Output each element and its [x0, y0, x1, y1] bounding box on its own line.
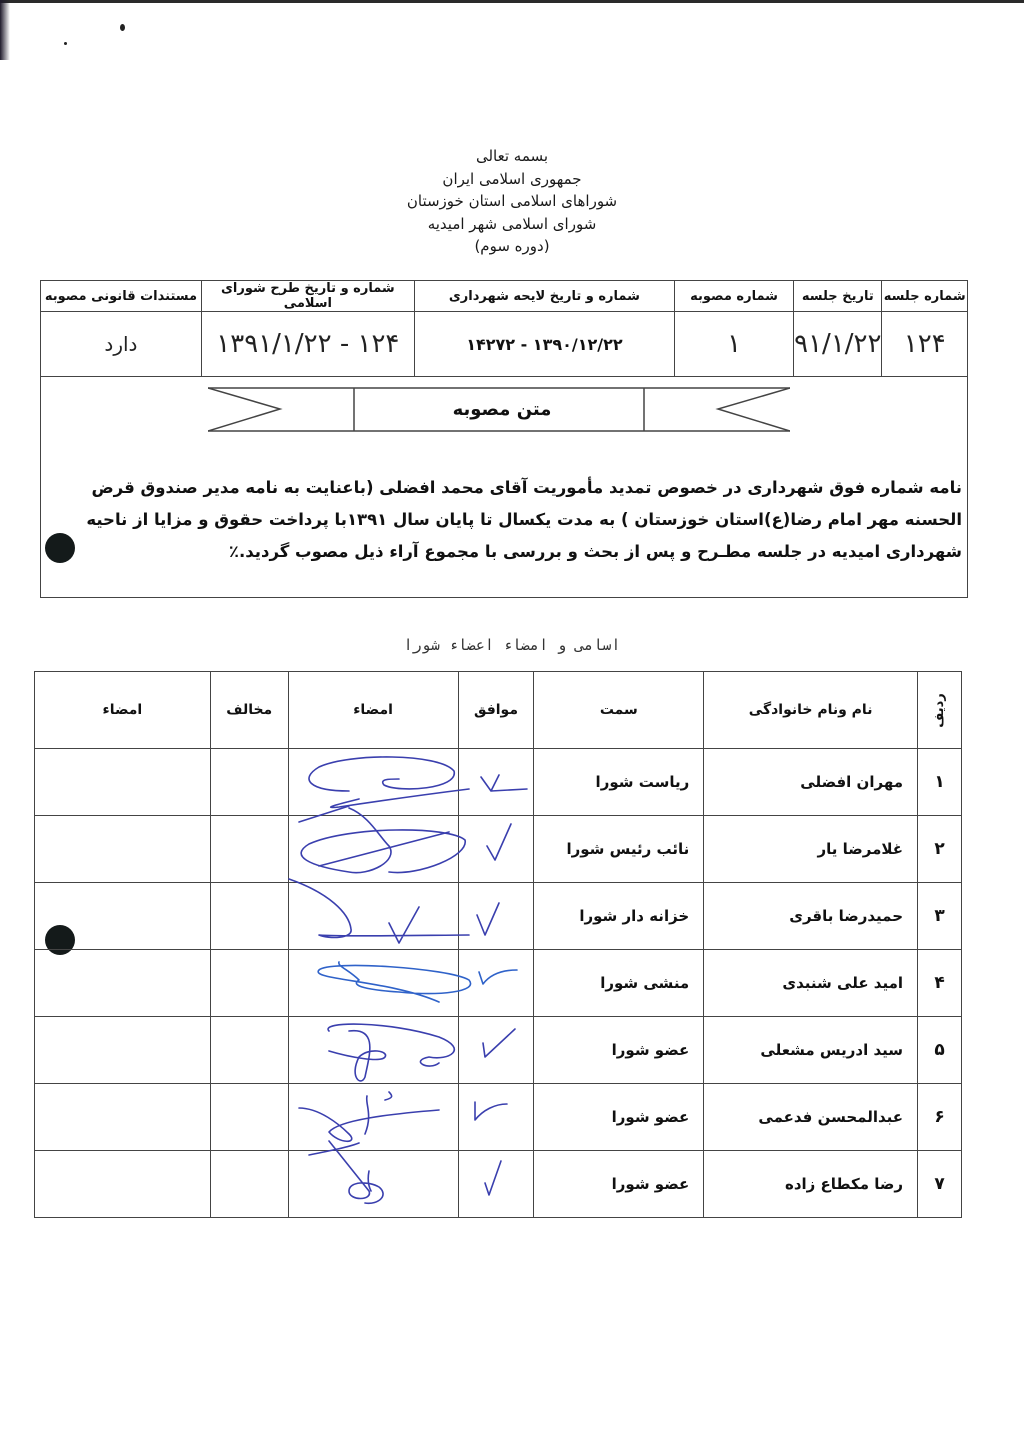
checkmark-icon [459, 1151, 535, 1217]
header-session-number: شماره جلسه [882, 281, 968, 312]
checkmark-icon [459, 1084, 535, 1150]
oppose-cell [210, 950, 288, 1017]
member-row: ۱ مهران افضلی ریاست شورا [35, 749, 962, 816]
member-role: ریاست شورا [534, 749, 704, 816]
checkmark-icon [459, 1017, 535, 1083]
agree-cell [458, 1151, 534, 1218]
header-legal-documents: مستندات قانونی مصوبه [41, 281, 202, 312]
member-role: عضو شورا [534, 1151, 704, 1218]
value-municipal-bill: ۱۳۹۰/۱۲/۲۲ - ۱۴۲۷۲ [414, 312, 674, 377]
value-resolution-number: ۱ [674, 312, 793, 377]
oppose-signature-cell [35, 1084, 211, 1151]
agree-cell [458, 883, 534, 950]
oppose-signature-cell [35, 1017, 211, 1084]
agree-cell [458, 1017, 534, 1084]
header-name: نام ونام خانوادگی [704, 672, 918, 749]
header-municipal-bill: شماره و تاریخ لایحه شهرداری [414, 281, 674, 312]
header-oppose-signature: امضاء [35, 672, 211, 749]
header-agree: موافق [458, 672, 534, 749]
signature-icon [289, 749, 459, 815]
member-number: ۲ [918, 816, 962, 883]
value-session-number: ۱۲۴ [882, 312, 968, 377]
oppose-cell [210, 1151, 288, 1218]
agree-signature-cell [288, 950, 458, 1017]
letterhead-line-term: (دوره سوم) [0, 235, 1024, 258]
value-session-date: ۹۱/۱/۲۲ [794, 312, 882, 377]
checkmark-icon [459, 883, 535, 949]
signature-icon [289, 816, 459, 882]
agree-signature-cell [288, 749, 458, 816]
agree-cell [458, 950, 534, 1017]
header-resolution-number: شماره مصوبه [674, 281, 793, 312]
member-name: حمیدرضا باقری [704, 883, 918, 950]
oppose-signature-cell [35, 950, 211, 1017]
header-agree-signature: امضاء [288, 672, 458, 749]
oppose-cell [210, 1084, 288, 1151]
signature-icon [289, 883, 459, 949]
resolution-banner: متن مصوبه [208, 387, 790, 432]
header-row-number: ردیف [918, 672, 962, 749]
member-role: عضو شورا [534, 1017, 704, 1084]
member-name: مهران افضلی [704, 749, 918, 816]
oppose-cell [210, 816, 288, 883]
member-name: عبدالمحسن فدعمی [704, 1084, 918, 1151]
agree-signature-cell [288, 816, 458, 883]
members-table: ردیف نام ونام خانوادگی سمت موافق امضاء م… [34, 671, 962, 1218]
member-name: رضا مکطاع زاده [704, 1151, 918, 1218]
member-number: ۴ [918, 950, 962, 1017]
member-number: ۳ [918, 883, 962, 950]
header-council-plan: شماره و تاریخ طرح شورای اسلامی [201, 281, 414, 312]
agree-cell [458, 749, 534, 816]
signature-icon [289, 1017, 459, 1083]
oppose-signature-cell [35, 1151, 211, 1218]
letterhead-line-republic: جمهوری اسلامی ایران [0, 168, 1024, 191]
letterhead-line-city-council: شورای اسلامی شهر امیدیه [0, 213, 1024, 236]
scan-edge-left [0, 0, 10, 60]
member-role: عضو شورا [534, 1084, 704, 1151]
members-header-row: ردیف نام ونام خانوادگی سمت موافق امضاء م… [35, 672, 962, 749]
oppose-signature-cell [35, 816, 211, 883]
agree-cell [458, 816, 534, 883]
member-number: ۵ [918, 1017, 962, 1084]
member-name: غلامرضا یار [704, 816, 918, 883]
scan-edge-top [0, 0, 1024, 3]
header-session-date: تاریخ جلسه [794, 281, 882, 312]
header-role: سمت [534, 672, 704, 749]
oppose-signature-cell [35, 749, 211, 816]
agree-signature-cell [288, 883, 458, 950]
checkmark-icon [459, 749, 535, 815]
resolution-title: متن مصوبه [358, 387, 646, 432]
agree-signature-cell [288, 1151, 458, 1218]
member-row: ۲ غلامرضا یار نائب رئیس شورا [35, 816, 962, 883]
value-council-plan: ۱۲۴ - ۱۳۹۱/۱/۲۲ [201, 312, 414, 377]
oppose-cell [210, 883, 288, 950]
header-oppose: مخالف [210, 672, 288, 749]
oppose-cell [210, 749, 288, 816]
member-number: ۱ [918, 749, 962, 816]
agree-signature-cell [288, 1017, 458, 1084]
member-row: ۳ حمیدرضا باقری خزانه دار شورا [35, 883, 962, 950]
scan-speck [64, 42, 67, 45]
letterhead: بسمه تعالی جمهوری اسلامی ایران شوراهای ا… [0, 145, 1024, 258]
member-row: ۶ عبدالمحسن فدعمی عضو شورا [35, 1084, 962, 1151]
member-number: ۶ [918, 1084, 962, 1151]
session-info-table: شماره جلسه تاریخ جلسه شماره مصوبه شماره … [40, 280, 968, 377]
member-role: خزانه دار شورا [534, 883, 704, 950]
member-row: ۴ امید علی شنبدی منشی شورا [35, 950, 962, 1017]
session-info-header-row: شماره جلسه تاریخ جلسه شماره مصوبه شماره … [41, 281, 968, 312]
oppose-cell [210, 1017, 288, 1084]
member-role: نائب رئیس شورا [534, 816, 704, 883]
letterhead-line-invocation: بسمه تعالی [0, 145, 1024, 168]
letterhead-line-province-councils: شوراهای اسلامی استان خوزستان [0, 190, 1024, 213]
member-role: منشی شورا [534, 950, 704, 1017]
agree-signature-cell [288, 1084, 458, 1151]
resolution-text: نامه شماره فوق شهرداری در خصوص تمدید مأم… [52, 472, 962, 568]
value-legal-documents: دارد [41, 312, 202, 377]
member-row: ۷ رضا مکطاع زاده عضو شورا [35, 1151, 962, 1218]
agree-cell [458, 1084, 534, 1151]
oppose-signature-cell [35, 883, 211, 950]
scan-speck [120, 24, 125, 31]
member-name: امید علی شنبدی [704, 950, 918, 1017]
member-row: ۵ سید ادریس مشعلی عضو شورا [35, 1017, 962, 1084]
session-info-value-row: ۱۲۴ ۹۱/۱/۲۲ ۱ ۱۳۹۰/۱۲/۲۲ - ۱۴۲۷۲ ۱۲۴ - ۱… [41, 312, 968, 377]
signature-icon [289, 1151, 459, 1217]
signature-icon [289, 1084, 459, 1150]
member-number: ۷ [918, 1151, 962, 1218]
signature-icon [289, 950, 459, 1016]
member-name: سید ادریس مشعلی [704, 1017, 918, 1084]
members-caption: اسامی و امضاء اعضاء شورا [0, 636, 1024, 654]
checkmark-icon [459, 816, 535, 882]
